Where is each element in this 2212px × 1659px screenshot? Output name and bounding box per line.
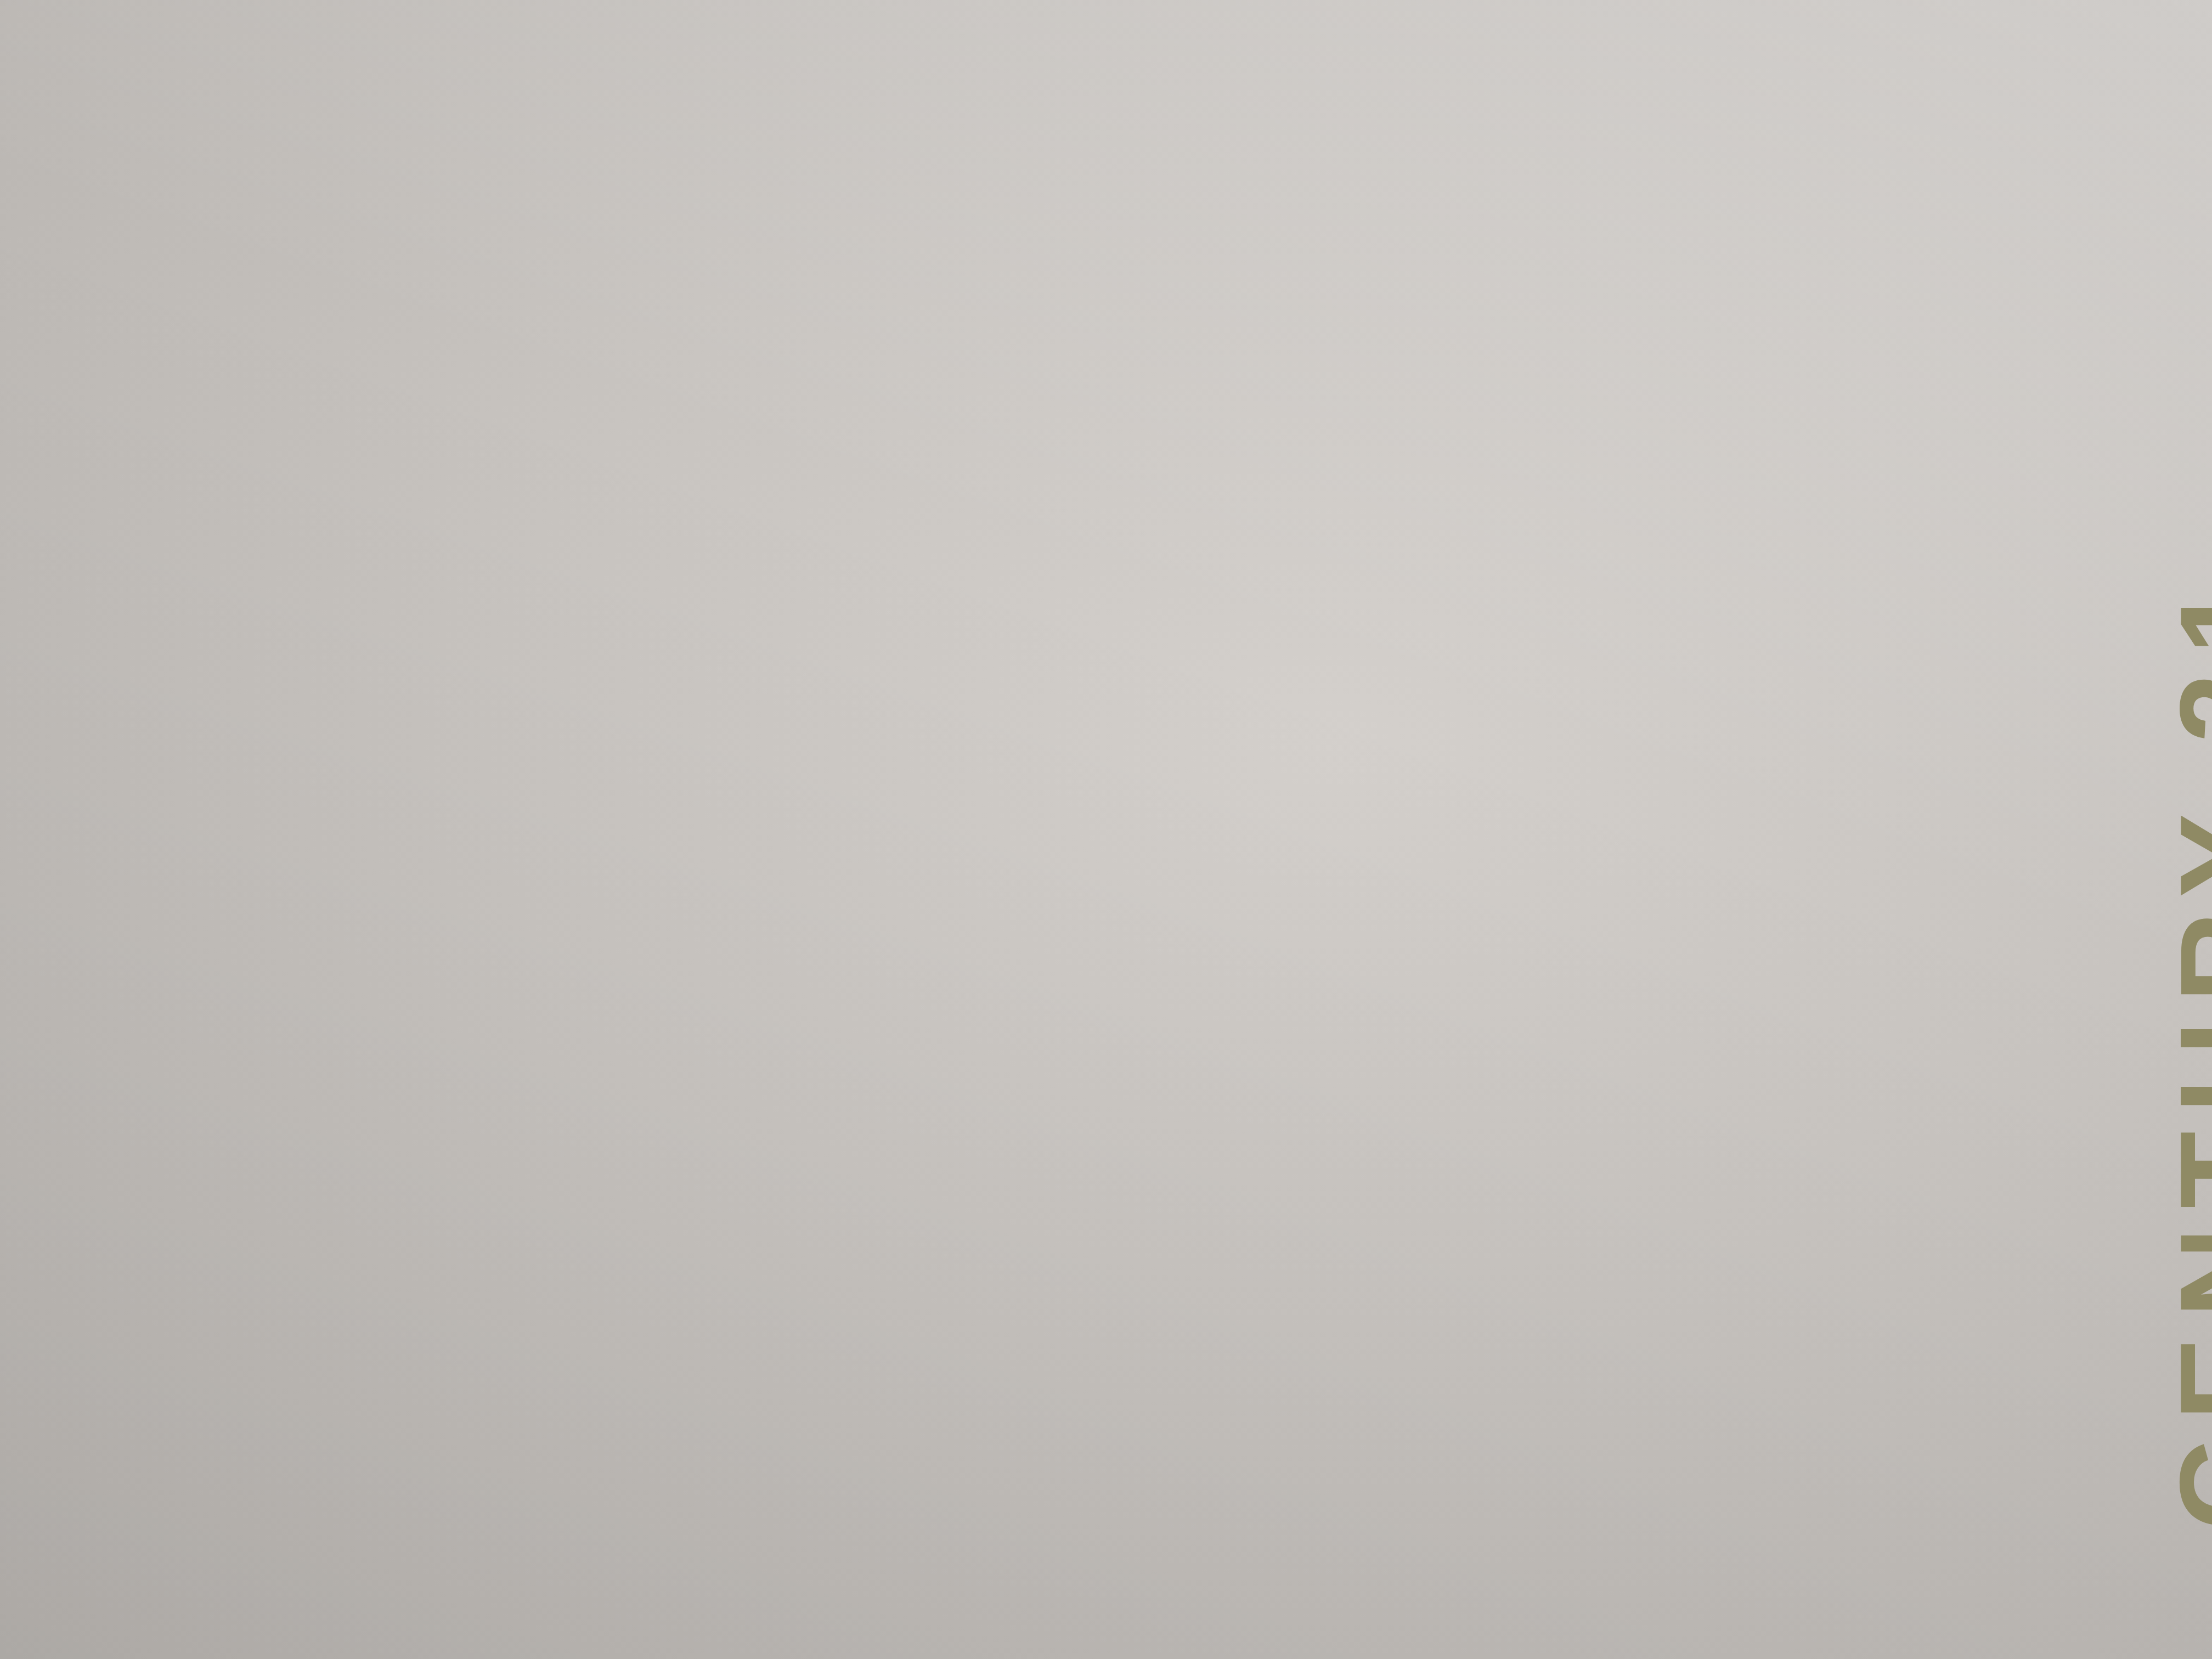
brand-name: CENTURY 21 (2154, 566, 2212, 1531)
paper-form: CENTURY 21. Island Life Direct Deposit A… (1909, 60, 2212, 1624)
brand-logo: CENTURY 21. (2162, 554, 2212, 1531)
photo-lighting (0, 0, 2212, 1659)
